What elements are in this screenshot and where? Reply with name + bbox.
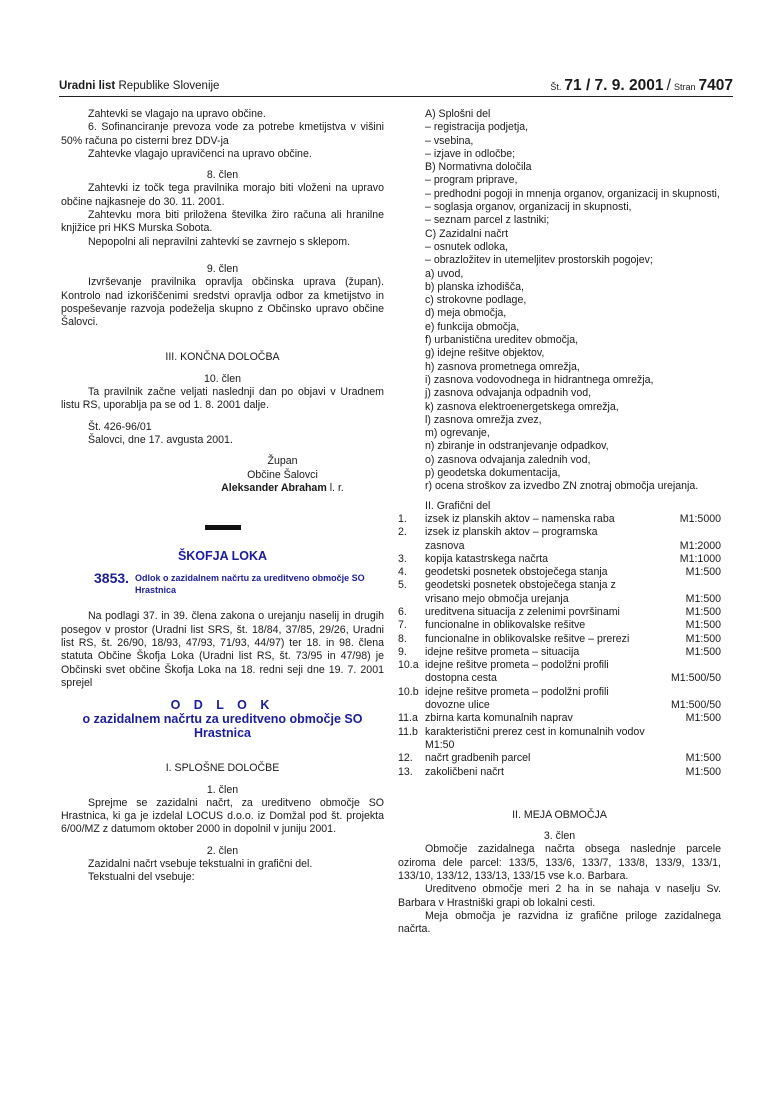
item-scale: M1:500 [686,593,721,606]
item-title: idejne rešitve prometa – situacija [425,646,686,659]
list-item: a) uvod, [398,268,721,281]
issue-info: Št. 71 / 7. 9. 2001 / Stran 7407 [550,79,733,94]
item-number: 11.b [398,726,425,739]
graphic-part-item: 11.bkarakteristični prerez cest in komun… [398,726,721,739]
item-title: idejne rešitve prometa – podolžni profil… [425,686,721,699]
list-item: o) zasnova odvajanja zalednih vod, [398,454,721,467]
graphic-part-item: 8.funcionalne in oblikovalske rešitve – … [398,633,721,646]
reference-number: Št. 426-96/01 [61,421,384,434]
item-scale: M1:500 [686,646,721,659]
right-column: A) Splošni del– registracija podjetja,– … [398,108,721,937]
list-item: m) ogrevanje, [398,427,721,440]
item-title: dovozne ulice [425,699,671,712]
graphic-part-item: 2.izsek iz planskih aktov – programska [398,526,721,539]
stran-label: Stran [674,82,696,92]
item-number: 5. [398,579,425,592]
list-item: – soglasja organov, organizacij in skupn… [398,201,721,214]
graphic-part-item: 10.aidejne rešitve prometa – podolžni pr… [398,659,721,672]
graphic-part-item: 6.ureditvena situacija z zelenimi površi… [398,606,721,619]
graphic-part-item: dovozne uliceM1:500/50 [398,699,721,712]
item-number: 10.b [398,686,425,699]
preamble: Na podlagi 37. in 39. člena zakona o ure… [61,610,384,690]
item-title: dostopna cesta [425,672,671,685]
list-item: – registracija podjetja, [398,121,721,134]
item-title: zbirna karta komunalnih naprav [425,712,686,725]
signature-title: Župan [61,455,384,468]
item-scale: M1:500 [686,606,721,619]
article-heading: 8. člen [61,169,384,182]
graphic-part-item: 12.načrt gradbenih parcelM1:500 [398,752,721,765]
list-item: e) funkcija območja, [398,321,721,334]
list-item: p) geodetska dokumentacija, [398,467,721,480]
item-scale: M1:500 [686,566,721,579]
item-number: 9. [398,646,425,659]
list-item: i) zasnova vodovodnega in hidrantnega om… [398,374,721,387]
list-item: – obrazložitev in utemeljitev prostorski… [398,254,721,267]
publication-name-rest: Republike Slovenije [118,80,219,92]
list-item: g) idejne rešitve objektov, [398,347,721,360]
list-item: C) Zazidalni načrt [398,228,721,241]
st-label: Št. [550,82,561,92]
item-scale: M1:500/50 [671,699,721,712]
graphic-part-item: 7.funcionalne in oblikovalske rešitveM1:… [398,619,721,632]
item-title: karakteristični prerez cest in komunalni… [425,726,721,739]
paragraph: Sprejme se zazidalni načrt, za ureditven… [61,797,384,837]
list-item: k) zasnova elektroenergetskega omrežja, [398,401,721,414]
graphic-part-list: 1.izsek iz planskih aktov – namenska rab… [398,513,721,779]
publication-name: Uradni list Republike Slovenije [59,80,219,93]
textual-part-list: A) Splošni del– registracija podjetja,– … [398,108,721,188]
graphic-part-item: 1.izsek iz planskih aktov – namenska rab… [398,513,721,526]
paragraph: Zazidalni načrt vsebuje tekstualni in gr… [61,858,384,871]
graphic-part-item: zasnovaM1:2000 [398,540,721,553]
item-number [398,699,425,712]
item-title: kopija katastrskega načrta [425,553,680,566]
signature-suffix: l. r. [330,482,344,494]
item-scale: M1:500 [686,619,721,632]
separator: / [667,77,671,94]
list-item: n) zbiranje in odstranjevanje odpadkov, [398,440,721,453]
item-title: funcionalne in oblikovalske rešitve – pr… [425,633,686,646]
graphic-part-item: 9.idejne rešitve prometa – situacijaM1:5… [398,646,721,659]
item-scale: M1:2000 [680,540,721,553]
paragraph: Zahtevke vlagajo upravičenci na upravo o… [61,148,384,161]
graphic-part-item: 10.bidejne rešitve prometa – podolžni pr… [398,686,721,699]
left-column: Zahtevki se vlagajo na upravo občine. 6.… [61,108,384,885]
item-number: 3. [398,553,425,566]
list-item: l) zasnova omrežja zvez, [398,414,721,427]
item-title: vrisano mejo območja urejanja [425,593,686,606]
list-item: d) meja območja, [398,307,721,320]
item-number: 1. [398,513,425,526]
article-heading: 3. člen [398,830,721,843]
item-number: 10.a [398,659,425,672]
list-item: h) zasnova prometnega omrežja, [398,361,721,374]
section-heading: I. SPLOŠNE DOLOČBE [61,762,384,775]
paragraph: Nepopolni ali nepravilni zahtevki se zav… [61,236,384,249]
paragraph: Izvrševanje pravilnika opravlja občinska… [61,276,384,329]
item-title: funcionalne in oblikovalske rešitve [425,619,686,632]
graphic-part-item: vrisano mejo območja urejanjaM1:500 [398,593,721,606]
item-number [398,739,425,752]
place-date: Šalovci, dne 17. avgusta 2001. [61,434,384,447]
list-item: b) planska izhodišča, [398,281,721,294]
municipality-heading: ŠKOFJA LOKA [61,550,384,563]
article-heading: 9. člen [61,263,384,276]
item-scale: M1:500 [686,633,721,646]
act-heading: 3853. Odlok o zazidalnem načrtu za uredi… [61,571,384,596]
item-title: geodetski posnetek obstoječega stanja [425,566,686,579]
section-heading: II. MEJA OBMOČJA [398,809,721,822]
list-item: – osnutek odloka, [398,241,721,254]
list-item: f) urbanistična ureditev območja, [398,334,721,347]
item-number [398,593,425,606]
item-scale: M1:500 [686,712,721,725]
list-item: c) strokovne podlage, [398,294,721,307]
page-number: 7407 [699,77,733,94]
signature-org: Občine Šalovci [61,469,384,482]
item-number: 12. [398,752,425,765]
item-scale: M1:5000 [680,513,721,526]
graphic-part-item: 13.zakoličbeni načrtM1:500 [398,766,721,779]
item-title: geodetski posnetek obstoječega stanja z [425,579,721,592]
odlok-title: O D L O K [61,698,384,712]
graphic-part-item: dostopna cestaM1:500/50 [398,672,721,685]
article-heading: 10. člen [61,373,384,386]
item-title: idejne rešitve prometa – podolžni profil… [425,659,721,672]
list-item: – program priprave, [398,174,721,187]
paragraph: Zahtevki se vlagajo na upravo občine. [61,108,384,121]
graphic-part-heading: II. Grafični del [398,500,721,513]
item-title: M1:50 [425,739,721,752]
paragraph: Meja območja je razvidna iz grafične pri… [398,910,721,937]
list-item: – izjave in odločbe; [398,148,721,161]
item-title: ureditvena situacija z zelenimi površina… [425,606,686,619]
paragraph: Območje zazidalnega načrta obsega nasled… [398,843,721,883]
item-number [398,672,425,685]
graphic-part-item: 5.geodetski posnetek obstoječega stanja … [398,579,721,592]
page-header: Uradni list Republike Slovenije Št. 71 /… [59,78,733,97]
article-heading: 2. člen [61,845,384,858]
publication-name-bold: Uradni list [59,80,115,92]
item-number [398,540,425,553]
paragraph: Zahtevki iz točk tega pravilnika morajo … [61,182,384,209]
list-item: A) Splošni del [398,108,721,121]
paragraph: 6. Sofinanciranje prevoza vode za potreb… [61,121,384,148]
item-scale: M1:500/50 [671,672,721,685]
paragraph: Zahtevku mora biti priložena številka ži… [61,209,384,236]
item-number: 4. [398,566,425,579]
list-item: – vsebina, [398,135,721,148]
item-number: 13. [398,766,425,779]
graphic-part-item: 11.azbirna karta komunalnih napravM1:500 [398,712,721,725]
item-title: zakoličbeni načrt [425,766,686,779]
act-title: Odlok o zazidalnem načrtu za ureditveno … [135,571,384,596]
graphic-part-item: M1:50 [398,739,721,752]
item-number: 6. [398,606,425,619]
odlok-subtitle: o zazidalnem načrtu za ureditveno območj… [61,712,384,740]
act-number: 3853. [94,571,129,586]
graphic-part-item: 3.kopija katastrskega načrtaM1:1000 [398,553,721,566]
list-item: B) Normativna določila [398,161,721,174]
list-item: – seznam parcel z lastniki; [398,214,721,227]
signature-line: Aleksander Abraham l. r. [61,482,384,495]
item-scale: M1:500 [686,766,721,779]
paragraph: Ureditveno območje meri 2 ha in se nahaj… [398,883,721,910]
item-title: zasnova [425,540,680,553]
item-scale: M1:1000 [680,553,721,566]
item-number: 2. [398,526,425,539]
signatory-name: Aleksander Abraham [221,482,327,494]
issue-number-date: 71 / 7. 9. 2001 [564,77,663,94]
list-item: j) zasnova odvajanja odpadnih vod, [398,387,721,400]
item-title: načrt gradbenih parcel [425,752,686,765]
item-scale: M1:500 [686,752,721,765]
graphic-part-item: 4.geodetski posnetek obstoječega stanjaM… [398,566,721,579]
item-title: izsek iz planskih aktov – namenska raba [425,513,680,526]
item-number: 11.a [398,712,425,725]
item-title: izsek iz planskih aktov – programska [425,526,721,539]
item-number: 7. [398,619,425,632]
paragraph: Ta pravilnik začne veljati naslednji dan… [61,386,384,413]
article-heading: 1. člen [61,784,384,797]
textual-part-list-continued: – soglasja organov, organizacij in skupn… [398,201,721,480]
list-item: r) ocena stroškov za izvedbo ZN znotraj … [398,480,721,493]
paragraph: Tekstualni del vsebuje: [61,871,384,884]
item-number: 8. [398,633,425,646]
list-item: – predhodni pogoji in mnenja organov, or… [398,188,721,201]
section-heading: III. KONČNA DOLOČBA [61,351,384,364]
